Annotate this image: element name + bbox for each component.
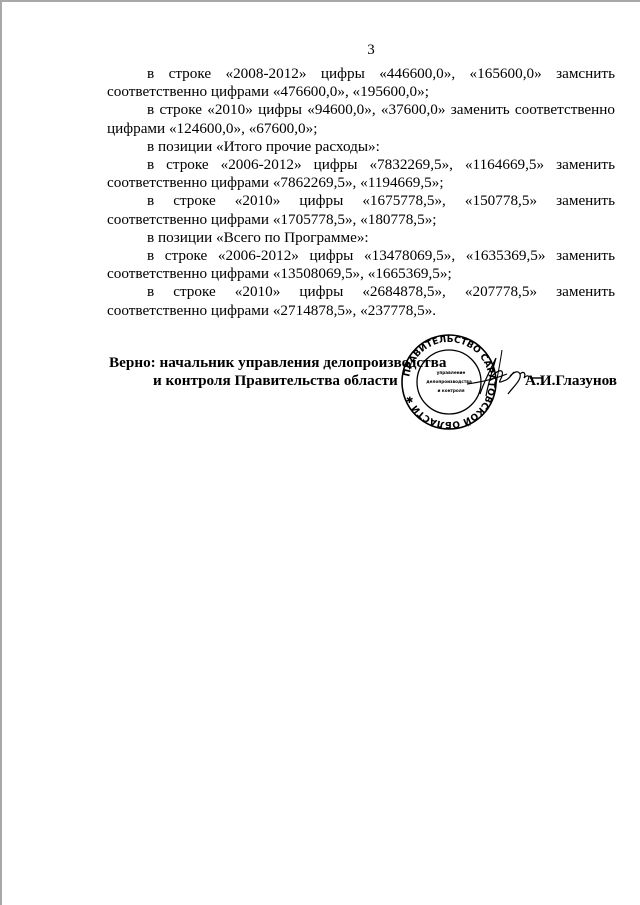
- paragraph-other-expenses-2010: в строке «2010» цифры «1675778,5», «1507…: [107, 192, 615, 228]
- document-page: 3 в строке «2008-2012» цифры «446600,0»,…: [0, 0, 640, 905]
- paragraph-other-expenses-heading: в позиции «Итого прочие расходы»:: [107, 138, 615, 156]
- signatory-name: А.И.Глазунов: [525, 372, 617, 390]
- paragraph-2010-row: в строке «2010» цифры «94600,0», «37600,…: [107, 101, 615, 137]
- paragraph-program-total-2006-2012: в строке «2006-2012» цифры «13478069,5»,…: [107, 247, 615, 283]
- paragraph-program-total-2010: в строке «2010» цифры «2684878,5», «2077…: [107, 283, 615, 319]
- paragraph-program-total-heading: в позиции «Всего по Программе»:: [107, 229, 615, 247]
- page-number: 3: [2, 42, 640, 59]
- signatory-title-line2: и контроля Правительства области: [153, 372, 398, 390]
- svg-text:и контроля: и контроля: [437, 388, 464, 393]
- signatory-title-line1: Верно: начальник управления делопроизвод…: [109, 354, 446, 372]
- paragraph-2008-2012-row: в строке «2008-2012» цифры «446600,0», «…: [107, 65, 615, 101]
- signature-block: Верно: начальник управления делопроизвод…: [107, 342, 617, 422]
- paragraph-other-expenses-2006-2012: в строке «2006-2012» цифры «7832269,5», …: [107, 156, 615, 192]
- document-body: в строке «2008-2012» цифры «446600,0», «…: [107, 65, 615, 320]
